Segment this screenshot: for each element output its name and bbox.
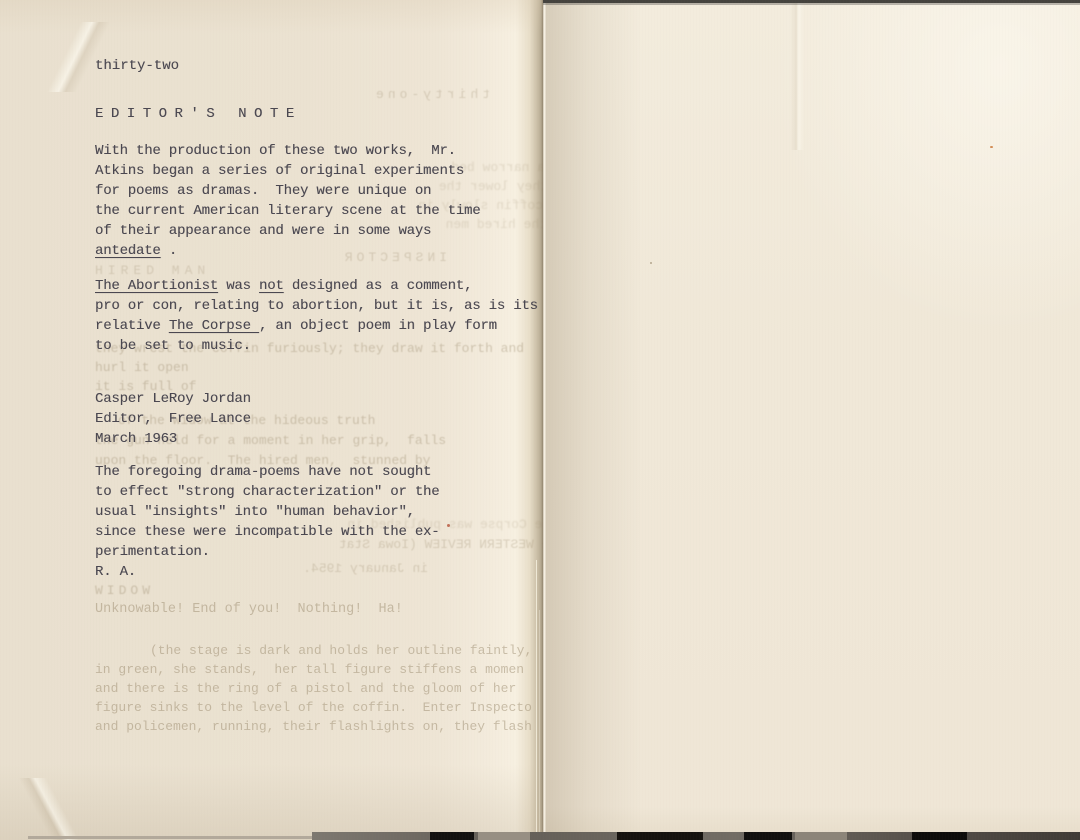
speck-red [447, 524, 450, 527]
crease-vertical [790, 0, 804, 150]
underlined-text: antedate [95, 243, 161, 259]
scanner-edge-bottom-left [28, 836, 312, 839]
text-segment: to be set to music. [95, 338, 251, 354]
right-page [543, 0, 1080, 840]
text-segment: pro or con, relating to abortion, but it… [95, 298, 538, 314]
text-segment: the current American literary scene at t… [95, 203, 480, 219]
crease-bottom-left [0, 778, 95, 840]
ghost-verso-folio: thirty-one [372, 85, 490, 104]
edge-block [478, 832, 530, 840]
page-folio: thirty-two [95, 56, 179, 76]
underlying-page-edge [539, 610, 540, 840]
ghost-unknowable-line: Unknowable! End of you! Nothing! Ha! [95, 600, 403, 619]
text-segment: . [161, 243, 177, 259]
text-segment: , an object poem in play form [259, 318, 497, 334]
book-scan: thirty-one a narrow bed they lower the c… [0, 0, 1080, 840]
underlined-text: The Corpse [169, 318, 259, 334]
scanner-edge-bottom [312, 832, 1080, 840]
scanner-edge-top-soft [543, 3, 1080, 5]
speck-dust [650, 262, 652, 264]
text-segment: was [218, 278, 259, 294]
text-segment: of their appearance and were in some way… [95, 223, 431, 239]
paragraph-3: The foregoing drama-poems have not sough… [95, 462, 439, 582]
text-segment: relative [95, 318, 169, 334]
paragraph-2: The Abortionist was not designed as a co… [95, 276, 538, 356]
paragraph-1: With the production of these two works, … [95, 141, 480, 261]
spine-seam [541, 0, 546, 840]
edge-block [617, 832, 703, 840]
underlined-text: The Abortionist [95, 278, 218, 294]
edge-block [795, 832, 847, 840]
underlying-page-edge [536, 560, 537, 840]
text-segment: for poems as dramas. They were unique on [95, 183, 431, 199]
edge-block [430, 832, 474, 840]
underlined-text: not [259, 278, 284, 294]
text-segment: Atkins began a series of original experi… [95, 163, 464, 179]
ghost-stage-direction: (the stage is dark and holds her outline… [95, 641, 532, 736]
speck-orange [990, 146, 993, 148]
ghost-widow-name: WIDOW [95, 581, 154, 600]
ghost-line-coffin-2: hurl it open [95, 358, 189, 377]
left-page: thirty-one a narrow bed they lower the c… [0, 0, 543, 840]
text-segment: With the production of these two works, … [95, 143, 456, 159]
editors-note-heading: EDITOR'S NOTE [95, 104, 302, 124]
edge-block [912, 832, 967, 840]
text-segment: designed as a comment, [284, 278, 473, 294]
signature-block: Casper LeRoy Jordan Editor, Free Lance M… [95, 389, 251, 449]
edge-block [744, 832, 792, 840]
